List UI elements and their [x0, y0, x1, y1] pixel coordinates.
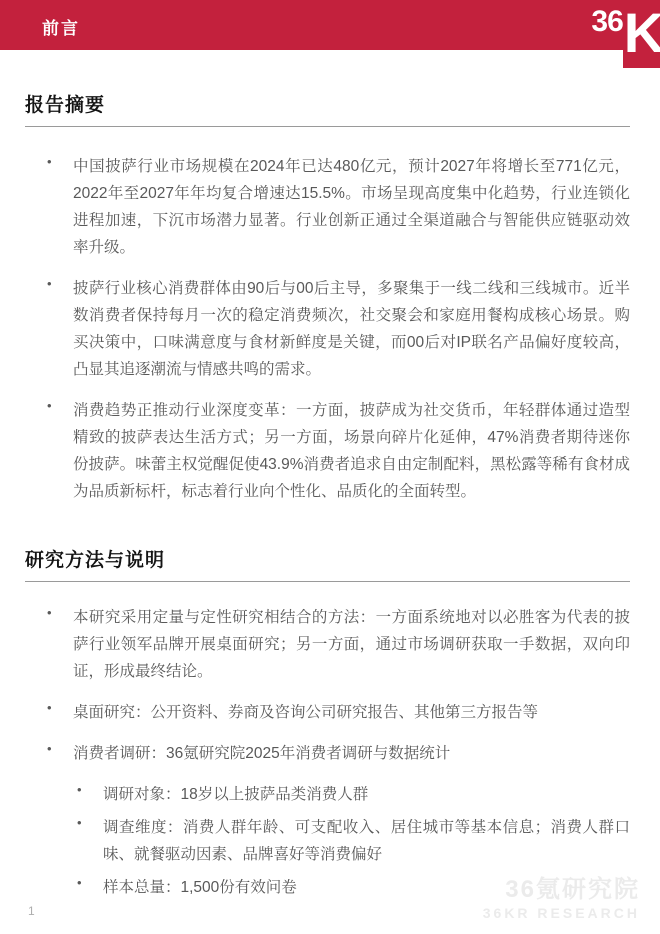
sub-bullet-text: 调查维度：消费人群年龄、可支配收入、居住城市等基本信息；消费人群口味、就餐驱动因… — [103, 814, 630, 868]
list-item: • 中国披萨行业市场规模在2024年已达480亿元，预计2027年将增长至771… — [47, 153, 630, 261]
bullet-text: 披萨行业核心消费群体由90后与00后主导，多聚集于一线二线和三线城市。近半数消费… — [73, 275, 630, 383]
section-report-summary: 报告摘要 • 中国披萨行业市场规模在2024年已达480亿元，预计2027年将增… — [25, 90, 630, 505]
section-heading: 研究方法与说明 — [25, 545, 630, 582]
header-bar: 前言 — [0, 0, 660, 50]
bullet-text: 消费者调研：36氪研究院2025年消费者调研与数据统计 — [73, 740, 630, 767]
watermark: 36氪研究院 36KR RESEARCH — [483, 875, 640, 923]
bullet-text: 本研究采用定量与定性研究相结合的方法：一方面系统地对以必胜客为代表的披萨行业领军… — [73, 604, 630, 685]
bullet-icon: • — [47, 740, 73, 767]
watermark-cn: 36氪研究院 — [483, 875, 640, 905]
list-item: • 消费者调研：36氪研究院2025年消费者调研与数据统计 — [47, 740, 630, 767]
bullet-icon: • — [77, 814, 103, 868]
section-research-methods: 研究方法与说明 • 本研究采用定量与定性研究相结合的方法：一方面系统地对以必胜客… — [25, 545, 630, 901]
list-item: • 桌面研究：公开资料、券商及咨询公司研究报告、其他第三方报告等 — [47, 699, 630, 726]
bullet-text: 中国披萨行业市场规模在2024年已达480亿元，预计2027年将增长至771亿元… — [73, 153, 630, 261]
bullet-text: 桌面研究：公开资料、券商及咨询公司研究报告、其他第三方报告等 — [73, 699, 630, 726]
bullet-icon: • — [77, 874, 103, 901]
list-item: • 消费趋势正推动行业深度变革：一方面，披萨成为社交货币，年轻群体通过造型精致的… — [47, 397, 630, 505]
bullet-icon: • — [47, 604, 73, 685]
list-item: • 调查维度：消费人群年龄、可支配收入、居住城市等基本信息；消费人群口味、就餐驱… — [77, 814, 630, 868]
bullet-icon: • — [47, 699, 73, 726]
watermark-en: 36KR RESEARCH — [483, 905, 640, 923]
page-title: 前言 — [42, 14, 80, 39]
bullet-icon: • — [47, 397, 73, 505]
logo-36-text: 36 — [591, 7, 622, 37]
bullet-icon: • — [47, 275, 73, 383]
section-heading: 报告摘要 — [25, 90, 630, 127]
list-item: • 本研究采用定量与定性研究相结合的方法：一方面系统地对以必胜客为代表的披萨行业… — [47, 604, 630, 685]
list-item: • 调研对象：18岁以上披萨品类消费人群 — [77, 781, 630, 808]
summary-bullet-list: • 中国披萨行业市场规模在2024年已达480亿元，预计2027年将增长至771… — [25, 153, 630, 505]
sub-bullet-text: 调研对象：18岁以上披萨品类消费人群 — [103, 781, 630, 808]
methods-bullet-list: • 本研究采用定量与定性研究相结合的方法：一方面系统地对以必胜客为代表的披萨行业… — [25, 604, 630, 767]
bullet-text: 消费趋势正推动行业深度变革：一方面，披萨成为社交货币，年轻群体通过造型精致的披萨… — [73, 397, 630, 505]
report-page: 前言 36Kr 报告摘要 • 中国披萨行业市场规模在2024年已达480亿元，预… — [0, 0, 660, 934]
bullet-icon: • — [77, 781, 103, 808]
page-number: 1 — [28, 904, 35, 918]
bullet-icon: • — [47, 153, 73, 261]
list-item: • 披萨行业核心消费群体由90后与00后主导，多聚集于一线二线和三线城市。近半数… — [47, 275, 630, 383]
page-content: 报告摘要 • 中国披萨行业市场规模在2024年已达480亿元，预计2027年将增… — [0, 50, 660, 907]
